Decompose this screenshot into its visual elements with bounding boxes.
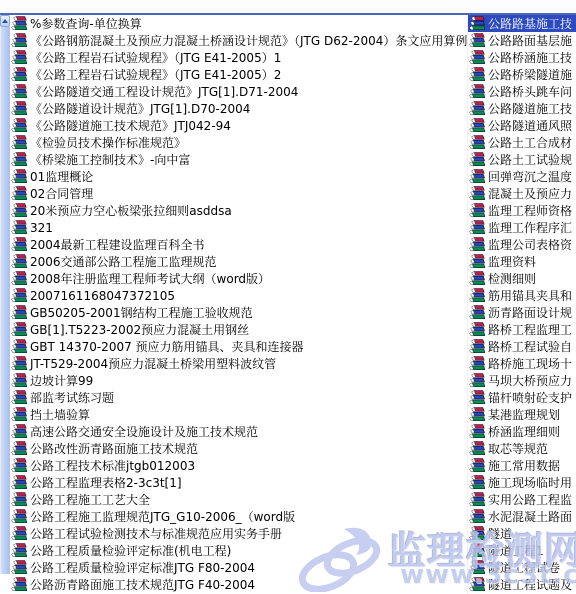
book-title: 公路工程试验检测技术与标准规范应用实务手册 xyxy=(29,525,282,542)
book-title: 公路土工试验规 xyxy=(487,151,572,168)
book-list-item[interactable]: 路桥工程监理工 xyxy=(468,321,576,338)
books-icon xyxy=(469,475,485,490)
books-icon xyxy=(11,271,27,286)
book-list-item[interactable]: GB50205-2001钢结构工程施工验收规范 xyxy=(10,304,467,321)
book-list-item[interactable]: 公路沥青路面施工技术规范JTG F40-2004 xyxy=(10,576,467,593)
books-icon xyxy=(469,118,485,133)
books-icon xyxy=(11,16,27,31)
book-list-item[interactable]: 公路土工试验规 xyxy=(468,151,576,168)
book-list-item[interactable]: GBT 14370-2007 预应力筋用锚具、夹具和连接器 xyxy=(10,338,467,355)
book-title: 《公路隧道设计规范》JTG[1].D70-2004 xyxy=(29,100,250,117)
books-icon xyxy=(469,203,485,218)
books-icon xyxy=(469,322,485,337)
books-icon xyxy=(469,135,485,150)
book-list-item[interactable]: 混凝土及预应力 xyxy=(468,185,576,202)
book-list-item[interactable]: 公路路基施工技 xyxy=(468,15,576,32)
books-icon xyxy=(469,16,485,31)
book-title: 公路工程监理表格2-3c3t[1] xyxy=(29,474,182,491)
book-title: 公路工程施工工艺大全 xyxy=(29,491,150,508)
books-icon xyxy=(469,169,485,184)
book-list-item[interactable]: 公路工程施工监理规范JTG_G10-2006_（word版 xyxy=(10,508,467,525)
book-title: 公路工程质量检验评定标准JTG F80-2004 xyxy=(29,559,255,576)
books-icon xyxy=(11,67,27,82)
book-title: 挡土墙验算 xyxy=(29,406,90,423)
book-list-item[interactable]: 水泥混凝土路面 xyxy=(468,508,576,525)
book-list-item[interactable]: 2004最新工程建设监理百科全书 xyxy=(10,236,467,253)
book-title: 《检验员技术操作标准规范》 xyxy=(29,134,186,151)
books-icon xyxy=(11,526,27,541)
book-list-item[interactable]: 施工现场临时用 xyxy=(468,474,576,491)
book-title: 公路土工合成材 xyxy=(487,134,572,151)
book-list-item[interactable]: 边坡计算99 xyxy=(10,372,467,389)
book-title: 部监考试练习题 xyxy=(29,389,114,406)
books-icon xyxy=(11,424,27,439)
books-icon xyxy=(469,33,485,48)
book-list-item[interactable]: 《公路隧道交通工程设计规范》JTG[1].D71-2004 xyxy=(10,83,467,100)
book-list-item[interactable]: 挡土墙验算 xyxy=(10,406,467,423)
books-icon xyxy=(11,509,27,524)
book-list-item[interactable]: 回弹弯沉之温度 xyxy=(468,168,576,185)
book-list-item[interactable]: 2007161168047372105 xyxy=(10,287,467,304)
book-title: 监理工作程序汇 xyxy=(487,219,572,236)
book-title: JT-T529-2004预应力混凝土桥梁用塑料波纹管 xyxy=(29,355,276,372)
book-list-item[interactable]: 公路隧道通风照 xyxy=(468,117,576,134)
book-title: 实用公路工程监 xyxy=(487,491,572,508)
books-icon xyxy=(11,237,27,252)
books-icon xyxy=(11,288,27,303)
book-list-item[interactable]: 检测细则 xyxy=(468,270,576,287)
book-list-item[interactable]: 《公路工程岩石试验规程》（JTG E41-2005）2 xyxy=(10,66,467,83)
book-title: 2004最新工程建设监理百科全书 xyxy=(29,236,205,253)
book-list-item[interactable]: 监理工作程序汇 xyxy=(468,219,576,236)
books-icon xyxy=(469,271,485,286)
book-title: 《公路工程岩石试验规程》（JTG E41-2005）1 xyxy=(29,49,281,66)
book-title: 2008年注册监理工程师考试大纲（word版） xyxy=(29,270,270,287)
book-list-item[interactable]: 公路桥头跳车问 xyxy=(468,83,576,100)
book-list-item[interactable]: 路桥施工现场十 xyxy=(468,355,576,372)
book-list-item[interactable]: 部监考试练习题 xyxy=(10,389,467,406)
header-bar xyxy=(0,0,576,15)
book-list-item[interactable]: 马坝大桥预应力 xyxy=(468,372,576,389)
books-icon xyxy=(469,339,485,354)
book-list-item[interactable]: 公路隧道施工技 xyxy=(468,100,576,117)
books-icon xyxy=(469,305,485,320)
books-icon xyxy=(11,492,27,507)
book-list-item[interactable]: JT-T529-2004预应力混凝土桥梁用塑料波纹管 xyxy=(10,355,467,372)
book-title: 隧道工程试卷 xyxy=(487,559,560,576)
book-title: 监理公司表格资 xyxy=(487,236,572,253)
book-title: GBT 14370-2007 预应力筋用锚具、夹具和连接器 xyxy=(29,338,304,355)
books-icon xyxy=(469,543,485,558)
books-icon xyxy=(11,543,27,558)
books-icon xyxy=(11,50,27,65)
book-list-item[interactable]: 2006交通部公路工程施工监理规范 xyxy=(10,253,467,270)
book-list-right: 公路路基施工技 公路路面基层施 公路桥涵施工技 公路桥梁隧道施 公路桥头跳车问 xyxy=(467,15,576,594)
left-scrollbar[interactable] xyxy=(0,15,10,594)
books-icon xyxy=(11,305,27,320)
book-title: 施工常用数据 xyxy=(487,457,560,474)
books-icon xyxy=(11,339,27,354)
books-icon xyxy=(11,152,27,167)
book-title: 公路工程质量检验评定标准(机电工程) xyxy=(29,542,231,559)
book-list-item[interactable]: 隧道工程试卷 xyxy=(468,559,576,576)
book-title: 回弹弯沉之温度 xyxy=(487,168,572,185)
scroll-up-button[interactable] xyxy=(0,15,10,27)
books-icon xyxy=(11,577,27,592)
book-list-item[interactable]: 01监理概论 xyxy=(10,168,467,185)
book-title: 公路工程技术标准jtgb012003 xyxy=(29,457,195,474)
book-list-item[interactable]: 实用公路工程监 xyxy=(468,491,576,508)
books-icon xyxy=(11,390,27,405)
book-list-item[interactable]: 隧道 xyxy=(468,525,576,542)
book-list-item[interactable]: 《公路隧道设计规范》JTG[1].D70-2004 xyxy=(10,100,467,117)
book-title: 《公路隧道交通工程设计规范》JTG[1].D71-2004 xyxy=(29,83,298,100)
books-icon xyxy=(11,169,27,184)
book-title: 混凝土及预应力 xyxy=(487,185,572,202)
book-title: 隧道工程1 xyxy=(487,542,544,559)
book-list-item[interactable]: 公路工程施工工艺大全 xyxy=(10,491,467,508)
books-icon xyxy=(11,203,27,218)
book-title: 公路工程施工监理规范JTG_G10-2006_（word版 xyxy=(29,508,295,525)
book-list-item[interactable]: 公路桥涵施工技 xyxy=(468,49,576,66)
book-title: 隧道 xyxy=(487,525,512,542)
book-list-item[interactable]: GB[1].T5223-2002预应力混凝土用钢丝 xyxy=(10,321,467,338)
book-title: 监理工程师资格 xyxy=(487,202,572,219)
books-icon xyxy=(469,526,485,541)
books-icon xyxy=(11,135,27,150)
books-icon xyxy=(11,220,27,235)
book-list-item[interactable]: 公路改性沥青路面施工技术规范 xyxy=(10,440,467,457)
book-list-item[interactable]: 公路路面基层施 xyxy=(468,32,576,49)
book-title: 公路路基施工技 xyxy=(487,15,572,32)
book-list-item[interactable]: 筋用锚具夹具和 xyxy=(468,287,576,304)
books-icon xyxy=(11,186,27,201)
book-title: 桥涵监理细则 xyxy=(487,423,560,440)
book-list-item[interactable]: 桥涵监理细则 xyxy=(468,423,576,440)
book-title: 路桥工程监理工 xyxy=(487,321,572,338)
book-title: 《桥梁施工控制技术》-向中富 xyxy=(29,151,190,168)
book-list-item[interactable]: 《公路工程岩石试验规程》（JTG E41-2005）1 xyxy=(10,49,467,66)
books-icon xyxy=(11,356,27,371)
book-title: 公路改性沥青路面施工技术规范 xyxy=(29,440,198,457)
books-icon xyxy=(469,84,485,99)
book-title: 公路沥青路面施工技术规范JTG F40-2004 xyxy=(29,576,255,593)
book-title: 《公路钢筋混凝土及预应力混凝土桥涵设计规范》（JTG D62-2004）条文应用… xyxy=(29,32,467,49)
books-icon xyxy=(11,322,27,337)
book-list-item[interactable]: 《桥梁施工控制技术》-向中富 xyxy=(10,151,467,168)
books-icon xyxy=(469,458,485,473)
book-list-item[interactable]: 隧道工程1 xyxy=(468,542,576,559)
books-icon xyxy=(469,67,485,82)
book-title: 公路桥涵施工技 xyxy=(487,49,572,66)
books-icon xyxy=(469,577,485,592)
book-list-item[interactable]: 公路工程技术标准jtgb012003 xyxy=(10,457,467,474)
book-list-item[interactable]: 某港监理规划 xyxy=(468,406,576,423)
books-icon xyxy=(469,509,485,524)
books-icon xyxy=(469,407,485,422)
book-title: 高速公路交通安全设施设计及施工技术规范 xyxy=(29,423,258,440)
book-list-item[interactable]: 20米预应力空心板梁张拉细则asddsa xyxy=(10,202,467,219)
book-title: 取芯等规范 xyxy=(487,440,548,457)
book-title: 公路桥梁隧道施 xyxy=(487,66,572,83)
ebook-library-window: %参数查询-单位换算 《公路钢筋混凝土及预应力混凝土桥涵设计规范》（JTG D6… xyxy=(0,0,576,594)
book-title: 马坝大桥预应力 xyxy=(487,372,572,389)
book-list-item[interactable]: 公路土工合成材 xyxy=(468,134,576,151)
scrollbar-track[interactable] xyxy=(0,27,10,574)
book-title: GB[1].T5223-2002预应力混凝土用钢丝 xyxy=(29,321,249,338)
book-list-item[interactable]: 路桥工程试验自 xyxy=(468,338,576,355)
books-icon xyxy=(469,254,485,269)
books-icon xyxy=(469,560,485,575)
books-icon xyxy=(11,33,27,48)
books-icon xyxy=(469,186,485,201)
books-icon xyxy=(11,407,27,422)
book-title: 检测细则 xyxy=(487,270,536,287)
book-title: 施工现场临时用 xyxy=(487,474,572,491)
books-icon xyxy=(469,492,485,507)
books-icon xyxy=(469,390,485,405)
chevron-up-icon xyxy=(2,19,8,23)
book-title: 321 xyxy=(29,221,53,235)
book-list-item[interactable]: 公路工程质量检验评定标准JTG F80-2004 xyxy=(10,559,467,576)
books-icon xyxy=(11,475,27,490)
books-icon xyxy=(469,288,485,303)
book-list-item[interactable]: 《公路隧道施工技术规范》JTJ042-94 xyxy=(10,117,467,134)
book-list-item[interactable]: 沥青路面设计规 xyxy=(468,304,576,321)
book-title: 边坡计算99 xyxy=(29,372,93,389)
book-title: 筋用锚具夹具和 xyxy=(487,287,572,304)
books-icon xyxy=(469,220,485,235)
book-list-item[interactable]: %参数查询-单位换算 xyxy=(10,15,467,32)
books-icon xyxy=(11,254,27,269)
books-icon xyxy=(11,101,27,116)
books-icon xyxy=(469,424,485,439)
book-list-item[interactable]: 监理资料 xyxy=(468,253,576,270)
book-title: 2007161168047372105 xyxy=(29,289,175,303)
books-icon xyxy=(469,373,485,388)
book-list-left: %参数查询-单位换算 《公路钢筋混凝土及预应力混凝土桥涵设计规范》（JTG D6… xyxy=(10,15,467,594)
book-title: 水泥混凝土路面 xyxy=(487,508,572,525)
books-icon xyxy=(11,458,27,473)
book-list-item[interactable]: 《检验员技术操作标准规范》 xyxy=(10,134,467,151)
books-icon xyxy=(469,101,485,116)
book-title: 01监理概论 xyxy=(29,168,93,185)
book-title: 《公路隧道施工技术规范》JTJ042-94 xyxy=(29,117,231,134)
book-title: 公路桥头跳车问 xyxy=(487,83,572,100)
book-title: 锚杆喷射砼支护 xyxy=(487,389,572,406)
book-list-item[interactable]: 《公路钢筋混凝土及预应力混凝土桥涵设计规范》（JTG D62-2004）条文应用… xyxy=(10,32,467,49)
book-list-item[interactable]: 取芯等规范 xyxy=(468,440,576,457)
book-title: 隧道工程试题及 xyxy=(487,576,572,593)
book-list-item[interactable]: 高速公路交通安全设施设计及施工技术规范 xyxy=(10,423,467,440)
books-icon xyxy=(11,373,27,388)
book-title: 《公路工程岩石试验规程》（JTG E41-2005）2 xyxy=(29,66,281,83)
book-list-item[interactable]: 监理工程师资格 xyxy=(468,202,576,219)
books-icon xyxy=(469,356,485,371)
book-list-item[interactable]: 公路桥梁隧道施 xyxy=(468,66,576,83)
book-title: 20米预应力空心板梁张拉细则asddsa xyxy=(29,202,232,219)
book-list-item[interactable]: 公路工程监理表格2-3c3t[1] xyxy=(10,474,467,491)
books-icon xyxy=(11,118,27,133)
book-list-item[interactable]: 锚杆喷射砼支护 xyxy=(468,389,576,406)
book-list-item[interactable]: 公路工程质量检验评定标准(机电工程) xyxy=(10,542,467,559)
book-title: 公路隧道施工技 xyxy=(487,100,572,117)
book-title: 路桥施工现场十 xyxy=(487,355,572,372)
book-list-item[interactable]: 公路工程试验检测技术与标准规范应用实务手册 xyxy=(10,525,467,542)
books-icon xyxy=(469,50,485,65)
book-title: 公路隧道通风照 xyxy=(487,117,572,134)
book-title: 沥青路面设计规 xyxy=(487,304,572,321)
book-list-item[interactable]: 02合同管理 xyxy=(10,185,467,202)
books-icon xyxy=(11,84,27,99)
book-title: GB50205-2001钢结构工程施工验收规范 xyxy=(29,304,253,321)
book-list-item[interactable]: 监理公司表格资 xyxy=(468,236,576,253)
book-title: 02合同管理 xyxy=(29,185,93,202)
books-icon xyxy=(11,441,27,456)
book-title: 公路路面基层施 xyxy=(487,32,572,49)
book-title: 2006交通部公路工程施工监理规范 xyxy=(29,253,217,270)
books-icon xyxy=(469,152,485,167)
book-title: 路桥工程试验自 xyxy=(487,338,572,355)
books-icon xyxy=(469,237,485,252)
book-list-item[interactable]: 隧道工程试题及 xyxy=(468,576,576,593)
books-icon xyxy=(11,560,27,575)
book-title: 某港监理规划 xyxy=(487,406,560,423)
book-list-item[interactable]: 321 xyxy=(10,219,467,236)
book-list-item[interactable]: 施工常用数据 xyxy=(468,457,576,474)
book-title: %参数查询-单位换算 xyxy=(29,15,142,32)
book-list-item[interactable]: 2008年注册监理工程师考试大纲（word版） xyxy=(10,270,467,287)
book-title: 监理资料 xyxy=(487,253,536,270)
books-icon xyxy=(469,441,485,456)
